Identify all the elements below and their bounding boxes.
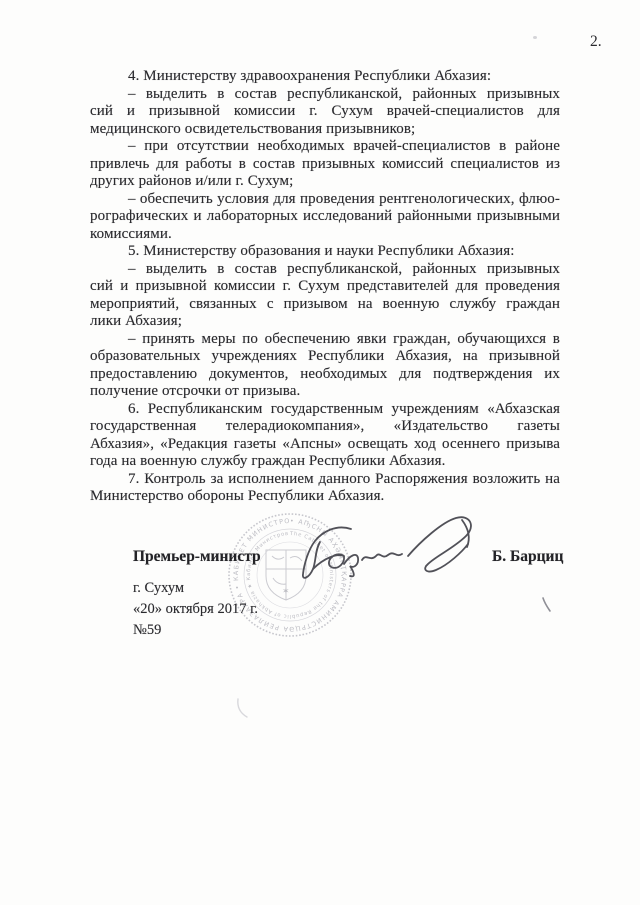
document-number: №59 — [133, 622, 161, 639]
document-line: рографических и лабораторных исследовани… — [90, 208, 560, 226]
document-line: – выделить в состав республиканской, рай… — [90, 261, 560, 279]
document-line: государственная телерадиокомпания», «Изд… — [90, 418, 560, 436]
stamp-star: ✶ — [282, 587, 290, 597]
document-body: 4. Министерству здравоохранения Республи… — [90, 68, 560, 506]
signer-name: Б. Барциц — [492, 548, 563, 566]
document-line: образовательных учреждениях Республики А… — [90, 348, 560, 366]
document-line: 7. Контроль за исполнением данного Распо… — [90, 471, 560, 489]
faint-curve-mark — [238, 699, 247, 717]
document-line: привлечь для работы в состав призывных к… — [90, 156, 560, 174]
signature-date: «20» октября 2017 г. — [133, 601, 258, 618]
signature-scrawl — [296, 508, 486, 588]
page-number: 2. — [590, 33, 602, 51]
document-line: получение отсрочки от призыва. — [90, 383, 560, 401]
document-line: – выделить в состав республиканской, рай… — [90, 86, 560, 104]
scan-speck — [533, 36, 537, 39]
document-line: Министерство обороны Республики Абхазия. — [90, 488, 560, 506]
document-line: сий и призывной комиссии г. Сухум предст… — [90, 278, 560, 296]
document-line: – при отсутствии необходимых врачей-спец… — [90, 138, 560, 156]
document-line: лики Абхазия; — [90, 313, 560, 331]
document-line: Абхазия», «Редакция газеты «Апсны» освещ… — [90, 436, 560, 454]
document-line: медицинского освидетельствования призывн… — [90, 121, 560, 139]
document-line: 6. Республиканским государственным учреж… — [90, 401, 560, 419]
document-line: предоставлению документов, необходимых д… — [90, 366, 560, 384]
document-line: комиссиями. — [90, 226, 560, 244]
pen-mark — [543, 598, 550, 611]
document-line: мероприятий, связанных с призывом на вое… — [90, 296, 560, 314]
document-line: года на военную службу граждан Республик… — [90, 453, 560, 471]
document-line: 4. Министерству здравоохранения Республи… — [90, 68, 560, 86]
signature-city: г. Сухум — [133, 580, 184, 597]
document-line: 5. Министерству образования и науки Респ… — [90, 243, 560, 261]
document-line: – принять меры по обеспечению явки гражд… — [90, 331, 560, 349]
document-line: – обеспечить условия для проведения рент… — [90, 191, 560, 209]
signer-title: Премьер-министр — [133, 548, 261, 566]
document-page: 2. 4. Министерству здравоохранения Респу… — [0, 0, 640, 905]
document-line: сий и призывной комиссии г. Сухум врачей… — [90, 103, 560, 121]
document-line: других районов и/или г. Сухум; — [90, 173, 560, 191]
